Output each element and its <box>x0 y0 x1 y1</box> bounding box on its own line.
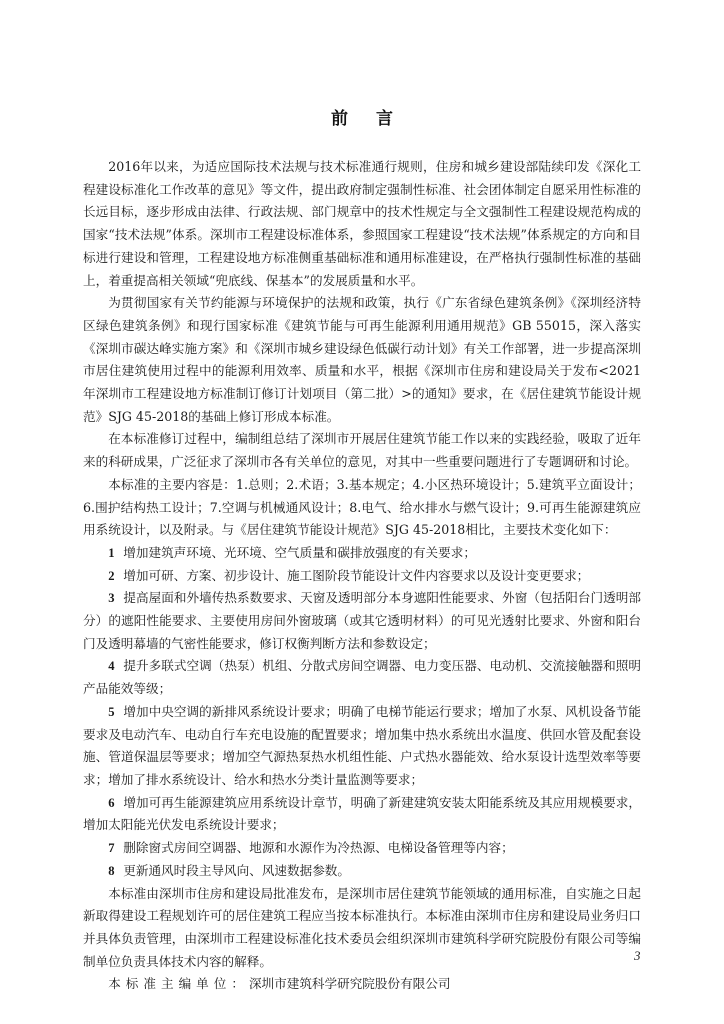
change-number: 4 <box>108 659 114 673</box>
change-number: 2 <box>108 569 114 583</box>
preface-body: 2016年以来，为适应国际技术法规与技术标准通行规则，住房和城乡建设部陆续印发《… <box>83 156 641 996</box>
change-item: 6增加可再生能源建筑应用系统设计章节，明确了新建建筑安装太阳能系统及其应用规模要… <box>83 792 641 837</box>
paragraph-revision-process: 在本标准修订过程中，编制组总结了深圳市开展居住建筑节能工作以来的实践经验，吸取了… <box>83 428 641 473</box>
change-item: 5增加中央空调的新排风系统设计要求；明确了电梯节能运行要求；增加了水泵、风机设备… <box>83 701 641 792</box>
change-item: 1增加建筑声环境、光环境、空气质量和碳排放强度的有关要求； <box>83 542 641 565</box>
change-number: 3 <box>108 591 114 605</box>
change-text: 增加可研、方案、初步设计、施工图阶段节能设计文件内容要求以及设计变更要求； <box>123 568 589 583</box>
change-number: 6 <box>108 796 114 810</box>
chief-editor-value: 深圳市建筑科学研究院股份有限公司 <box>249 976 451 991</box>
chief-editor-line: 本标准主编单位：深圳市建筑科学研究院股份有限公司 <box>83 973 641 996</box>
page-number: 3 <box>634 948 641 964</box>
change-text: 增加中央空调的新排风系统设计要求；明确了电梯节能运行要求；增加了水泵、风机设备节… <box>83 704 641 787</box>
change-text: 增加可再生能源建筑应用系统设计章节，明确了新建建筑安装太阳能系统及其应用规模要求… <box>83 795 641 833</box>
change-text: 删除窗式房间空调器、地源和水源作为冷热源、电梯设备管理等内容； <box>123 840 513 855</box>
document-page: 前言 2016年以来，为适应国际技术法规与技术标准通行规则，住房和城乡建设部陆续… <box>0 0 724 1024</box>
change-text: 提高屋面和外墙传热系数要求、天窗及透明部分本身遮阳性能要求、外窗（包括阳台门透明… <box>83 590 641 650</box>
paragraph-purpose: 为贯彻国家有关节约能源与环境保护的法规和政策，执行《广东省绿色建筑条例》《深圳经… <box>83 292 641 428</box>
change-text: 更新通风时段主导风向、风速数据参数。 <box>123 863 350 878</box>
page-title: 前言 <box>0 104 724 129</box>
change-text: 增加建筑声环境、光环境、空气质量和碳排放强度的有关要求； <box>123 545 476 560</box>
change-number: 5 <box>108 705 114 719</box>
change-number: 1 <box>108 546 114 560</box>
paragraph-approval: 本标准由深圳市住房和建设局批准发布，是深圳市居住建筑节能领域的通用标准，自实施之… <box>83 883 641 974</box>
change-item: 4提升多联式空调（热泵）机组、分散式房间空调器、电力变压器、电动机、交流接触器和… <box>83 655 641 700</box>
change-text: 提升多联式空调（热泵）机组、分散式房间空调器、电力变压器、电动机、交流接触器和照… <box>83 658 641 696</box>
change-item: 8更新通风时段主导风向、风速数据参数。 <box>83 860 641 883</box>
change-number: 7 <box>108 841 114 855</box>
paragraph-main-content: 本标准的主要内容是：1.总则；2.术语；3.基本规定；4.小区热环境设计；5.建… <box>83 474 641 542</box>
paragraph-standardization-reform: 2016年以来，为适应国际技术法规与技术标准通行规则，住房和城乡建设部陆续印发《… <box>83 156 641 292</box>
chief-editor-label: 本标准主编单位： <box>108 976 249 991</box>
change-item: 3提高屋面和外墙传热系数要求、天窗及透明部分本身遮阳性能要求、外窗（包括阳台门透… <box>83 587 641 655</box>
change-item: 7删除窗式房间空调器、地源和水源作为冷热源、电梯设备管理等内容； <box>83 837 641 860</box>
change-item: 2增加可研、方案、初步设计、施工图阶段节能设计文件内容要求以及设计变更要求； <box>83 565 641 588</box>
change-number: 8 <box>108 864 114 878</box>
